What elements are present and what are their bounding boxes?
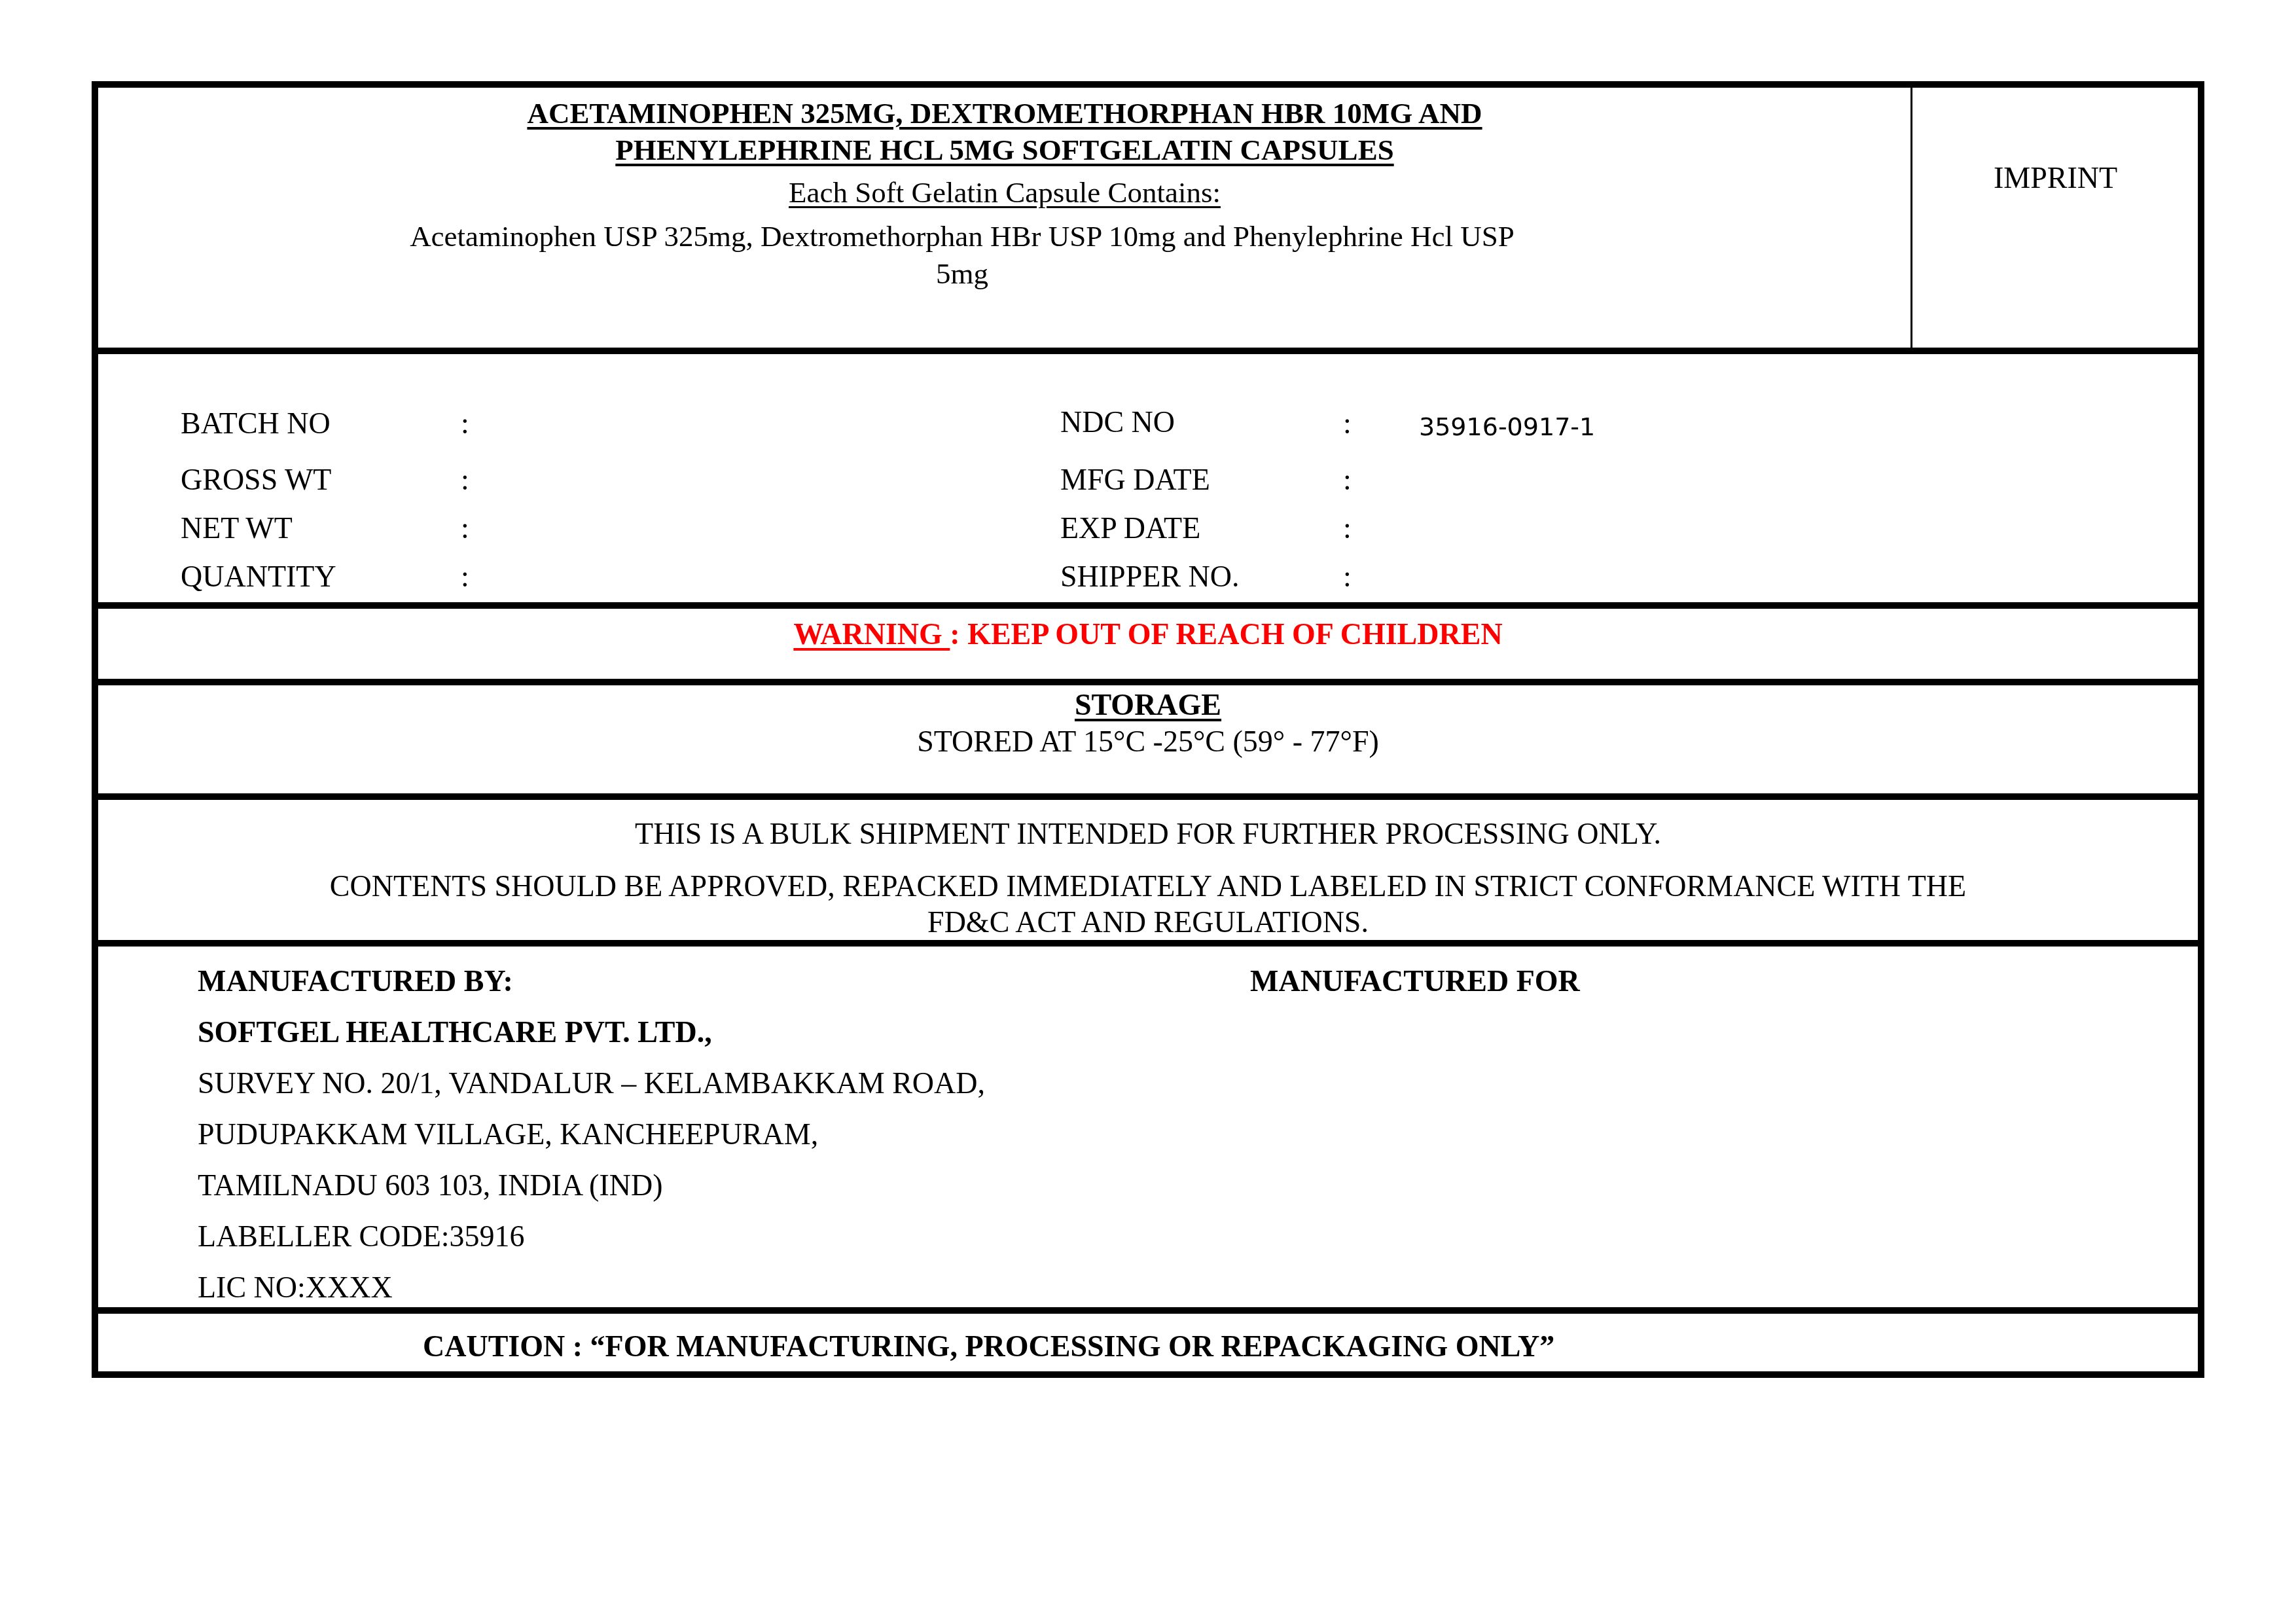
manufacturer-address-line: TAMILNADU 603 103, INDIA (IND) xyxy=(198,1168,662,1202)
manufacturer-address-line: PUDUPAKKAM VILLAGE, KANCHEEPURAM, xyxy=(198,1117,818,1151)
license-number: LIC NO:XXXX xyxy=(198,1270,393,1305)
shipper-no-colon: : xyxy=(1343,559,1352,594)
imprint-label: IMPRINT xyxy=(1913,160,2198,195)
composition-line2: 5mg xyxy=(13,257,1911,291)
exp-date-label: EXP DATE xyxy=(1060,511,1200,545)
mfg-date-colon: : xyxy=(1343,462,1352,497)
manufactured-for-heading: MANUFACTURED FOR xyxy=(1250,964,1580,998)
composition-line1: Acetaminophen USP 325mg, Dextromethorpha… xyxy=(13,219,1911,253)
divider-bulk xyxy=(98,940,2198,947)
manufacturer-address-line: SURVEY NO. 20/1, VANDALUR – KELAMBAKKAM … xyxy=(198,1066,985,1100)
ndc-no-colon: : xyxy=(1343,406,1352,441)
divider-manufacturer xyxy=(98,1307,2198,1314)
quantity-colon: : xyxy=(461,559,469,594)
caution-banner: CAUTION : “FOR MANUFACTURING, PROCESSING… xyxy=(423,1329,1554,1363)
gross-wt-label: GROSS WT xyxy=(181,462,331,497)
net-wt-colon: : xyxy=(461,511,469,545)
quantity-label: QUANTITY xyxy=(181,559,336,594)
manufactured-by-heading: MANUFACTURED BY: xyxy=(198,964,513,998)
shipper-no-label: SHIPPER NO. xyxy=(1060,559,1240,594)
contains-label: Each Soft Gelatin Capsule Contains: xyxy=(98,175,1911,209)
gross-wt-colon: : xyxy=(461,462,469,497)
warning-prefix: WARNING xyxy=(793,617,950,651)
divider-header xyxy=(98,348,2198,354)
product-title-line2: PHENYLEPHRINE HCL 5MG SOFTGELATIN CAPSUL… xyxy=(98,131,1911,169)
bulk-notice-line3: FD&C ACT AND REGULATIONS. xyxy=(98,905,2198,939)
batch-no-label: BATCH NO xyxy=(181,406,331,441)
product-title-line1: ACETAMINOPHEN 325MG, DEXTROMETHORPHAN HB… xyxy=(98,94,1911,132)
net-wt-label: NET WT xyxy=(181,511,293,545)
ndc-no-value: 35916-0917-1 xyxy=(1419,412,1595,441)
warning-text: : KEEP OUT OF REACH OF CHILDREN xyxy=(950,617,1502,651)
warning-banner: WARNING : KEEP OUT OF REACH OF CHILDREN xyxy=(98,617,2198,651)
bulk-notice-line2: CONTENTS SHOULD BE APPROVED, REPACKED IM… xyxy=(98,869,2198,903)
divider-warning xyxy=(98,679,2198,685)
ndc-no-label: NDC NO xyxy=(1060,405,1175,439)
bulk-notice-line1: THIS IS A BULK SHIPMENT INTENDED FOR FUR… xyxy=(98,816,2198,851)
storage-text: STORED AT 15°C -25°C (59° - 77°F) xyxy=(98,724,2198,759)
divider-details xyxy=(98,602,2198,609)
mfg-date-label: MFG DATE xyxy=(1060,462,1210,497)
storage-heading: STORAGE xyxy=(98,687,2198,722)
manufacturer-company: SOFTGEL HEALTHCARE PVT. LTD., xyxy=(198,1015,712,1049)
labeller-code: LABELLER CODE:35916 xyxy=(198,1219,525,1254)
batch-no-colon: : xyxy=(461,406,469,441)
divider-storage xyxy=(98,793,2198,800)
exp-date-colon: : xyxy=(1343,511,1352,545)
